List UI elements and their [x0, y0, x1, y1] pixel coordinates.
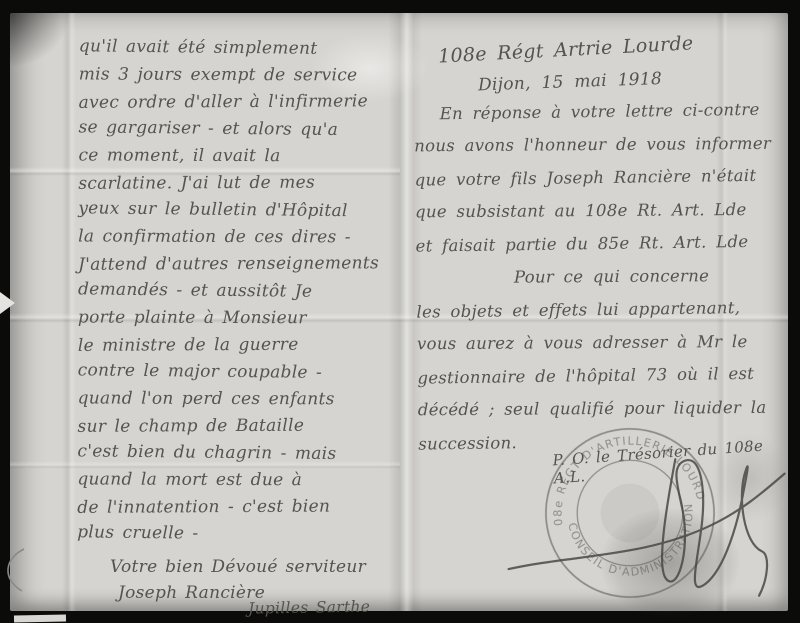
handwritten-line: qu'il avait été simplement — [79, 33, 401, 63]
handwritten-line: quand la mort est due à — [77, 466, 399, 494]
handwritten-line: de l'innatention - c'est bien — [77, 493, 399, 522]
letter-closing: Votre bien Dévoué serviteur Joseph Ranci… — [110, 554, 440, 620]
handwritten-line: sur le champ de Bataille — [77, 412, 399, 441]
corner-shadow — [10, 13, 70, 68]
paper-tear-notch — [0, 292, 15, 314]
closing-line: Votre bien Dévoué serviteur — [110, 554, 440, 580]
handwritten-line: gestionnaire de l'hôpital 73 où il est — [417, 356, 793, 394]
left-page-text: qu'il avait été simplement mis 3 jours e… — [77, 34, 401, 548]
right-page-text: En réponse à votre lettre ci-contre nous… — [413, 92, 794, 460]
handwritten-line: vous aurez à vous adresser à Mr le — [417, 325, 793, 361]
handwritten-line: que subsistant au 108e Rt. Art. Lde — [415, 193, 791, 229]
handwritten-line: demandés - et aussitôt Je — [78, 276, 400, 306]
handwritten-line: la confirmation de ces dires - — [78, 223, 400, 251]
handwritten-line: En réponse à votre lettre ci-contre — [413, 92, 789, 130]
under-page-sliver — [14, 615, 66, 623]
margin-pencil-mark — [0, 545, 26, 595]
handwritten-line: J'attend d'autres renseignements — [78, 250, 400, 279]
handwritten-line: que votre fils Joseph Rancière n'était — [414, 158, 790, 196]
handwritten-line: c'est bien du chagrin - mais — [77, 438, 399, 468]
handwritten-line: nous avons l'honneur de vous informer — [414, 127, 790, 163]
handwritten-line: porte plainte à Monsieur — [78, 304, 400, 332]
handwritten-line: quand l'on perd ces enfants — [78, 385, 400, 413]
handwritten-line: plus cruelle - — [77, 519, 399, 549]
fold-crease-left — [62, 13, 76, 611]
handwritten-line: se gargariser - et alors qu'a — [78, 114, 400, 144]
handwritten-line: Pour ce qui concerne — [416, 259, 792, 295]
handwritten-line: avec ordre d'aller à l'infirmerie — [79, 88, 401, 117]
dateline: Dijon, 15 mai 1918 — [478, 67, 729, 96]
handwritten-line: les objets et effets lui appartenant, — [416, 290, 792, 328]
handwritten-line: yeux sur le bulletin d'Hôpital — [78, 195, 400, 225]
sender-place: Jupilles Sarthe — [248, 592, 440, 621]
handwritten-line: décédé ; seul qualifié pour liquider la — [418, 391, 794, 427]
handwritten-line: mis 3 jours exempt de service — [79, 61, 401, 89]
signature-flourish — [496, 427, 800, 623]
letter-paper: qu'il avait été simplement mis 3 jours e… — [10, 13, 788, 611]
letter-scan: qu'il avait été simplement mis 3 jours e… — [0, 0, 800, 623]
handwritten-line: et faisait partie du 85e Rt. Art. Lde — [415, 224, 791, 262]
handwritten-line: scarlatine. J'ai lut de mes — [78, 169, 400, 198]
handwritten-line: le ministre de la guerre — [78, 331, 400, 360]
handwritten-line: ce moment, il avait la — [78, 142, 400, 170]
handwritten-line: contre le major coupable - — [78, 357, 400, 387]
regiment-letterhead: 108e Régt Artrie Lourde — [438, 28, 769, 67]
